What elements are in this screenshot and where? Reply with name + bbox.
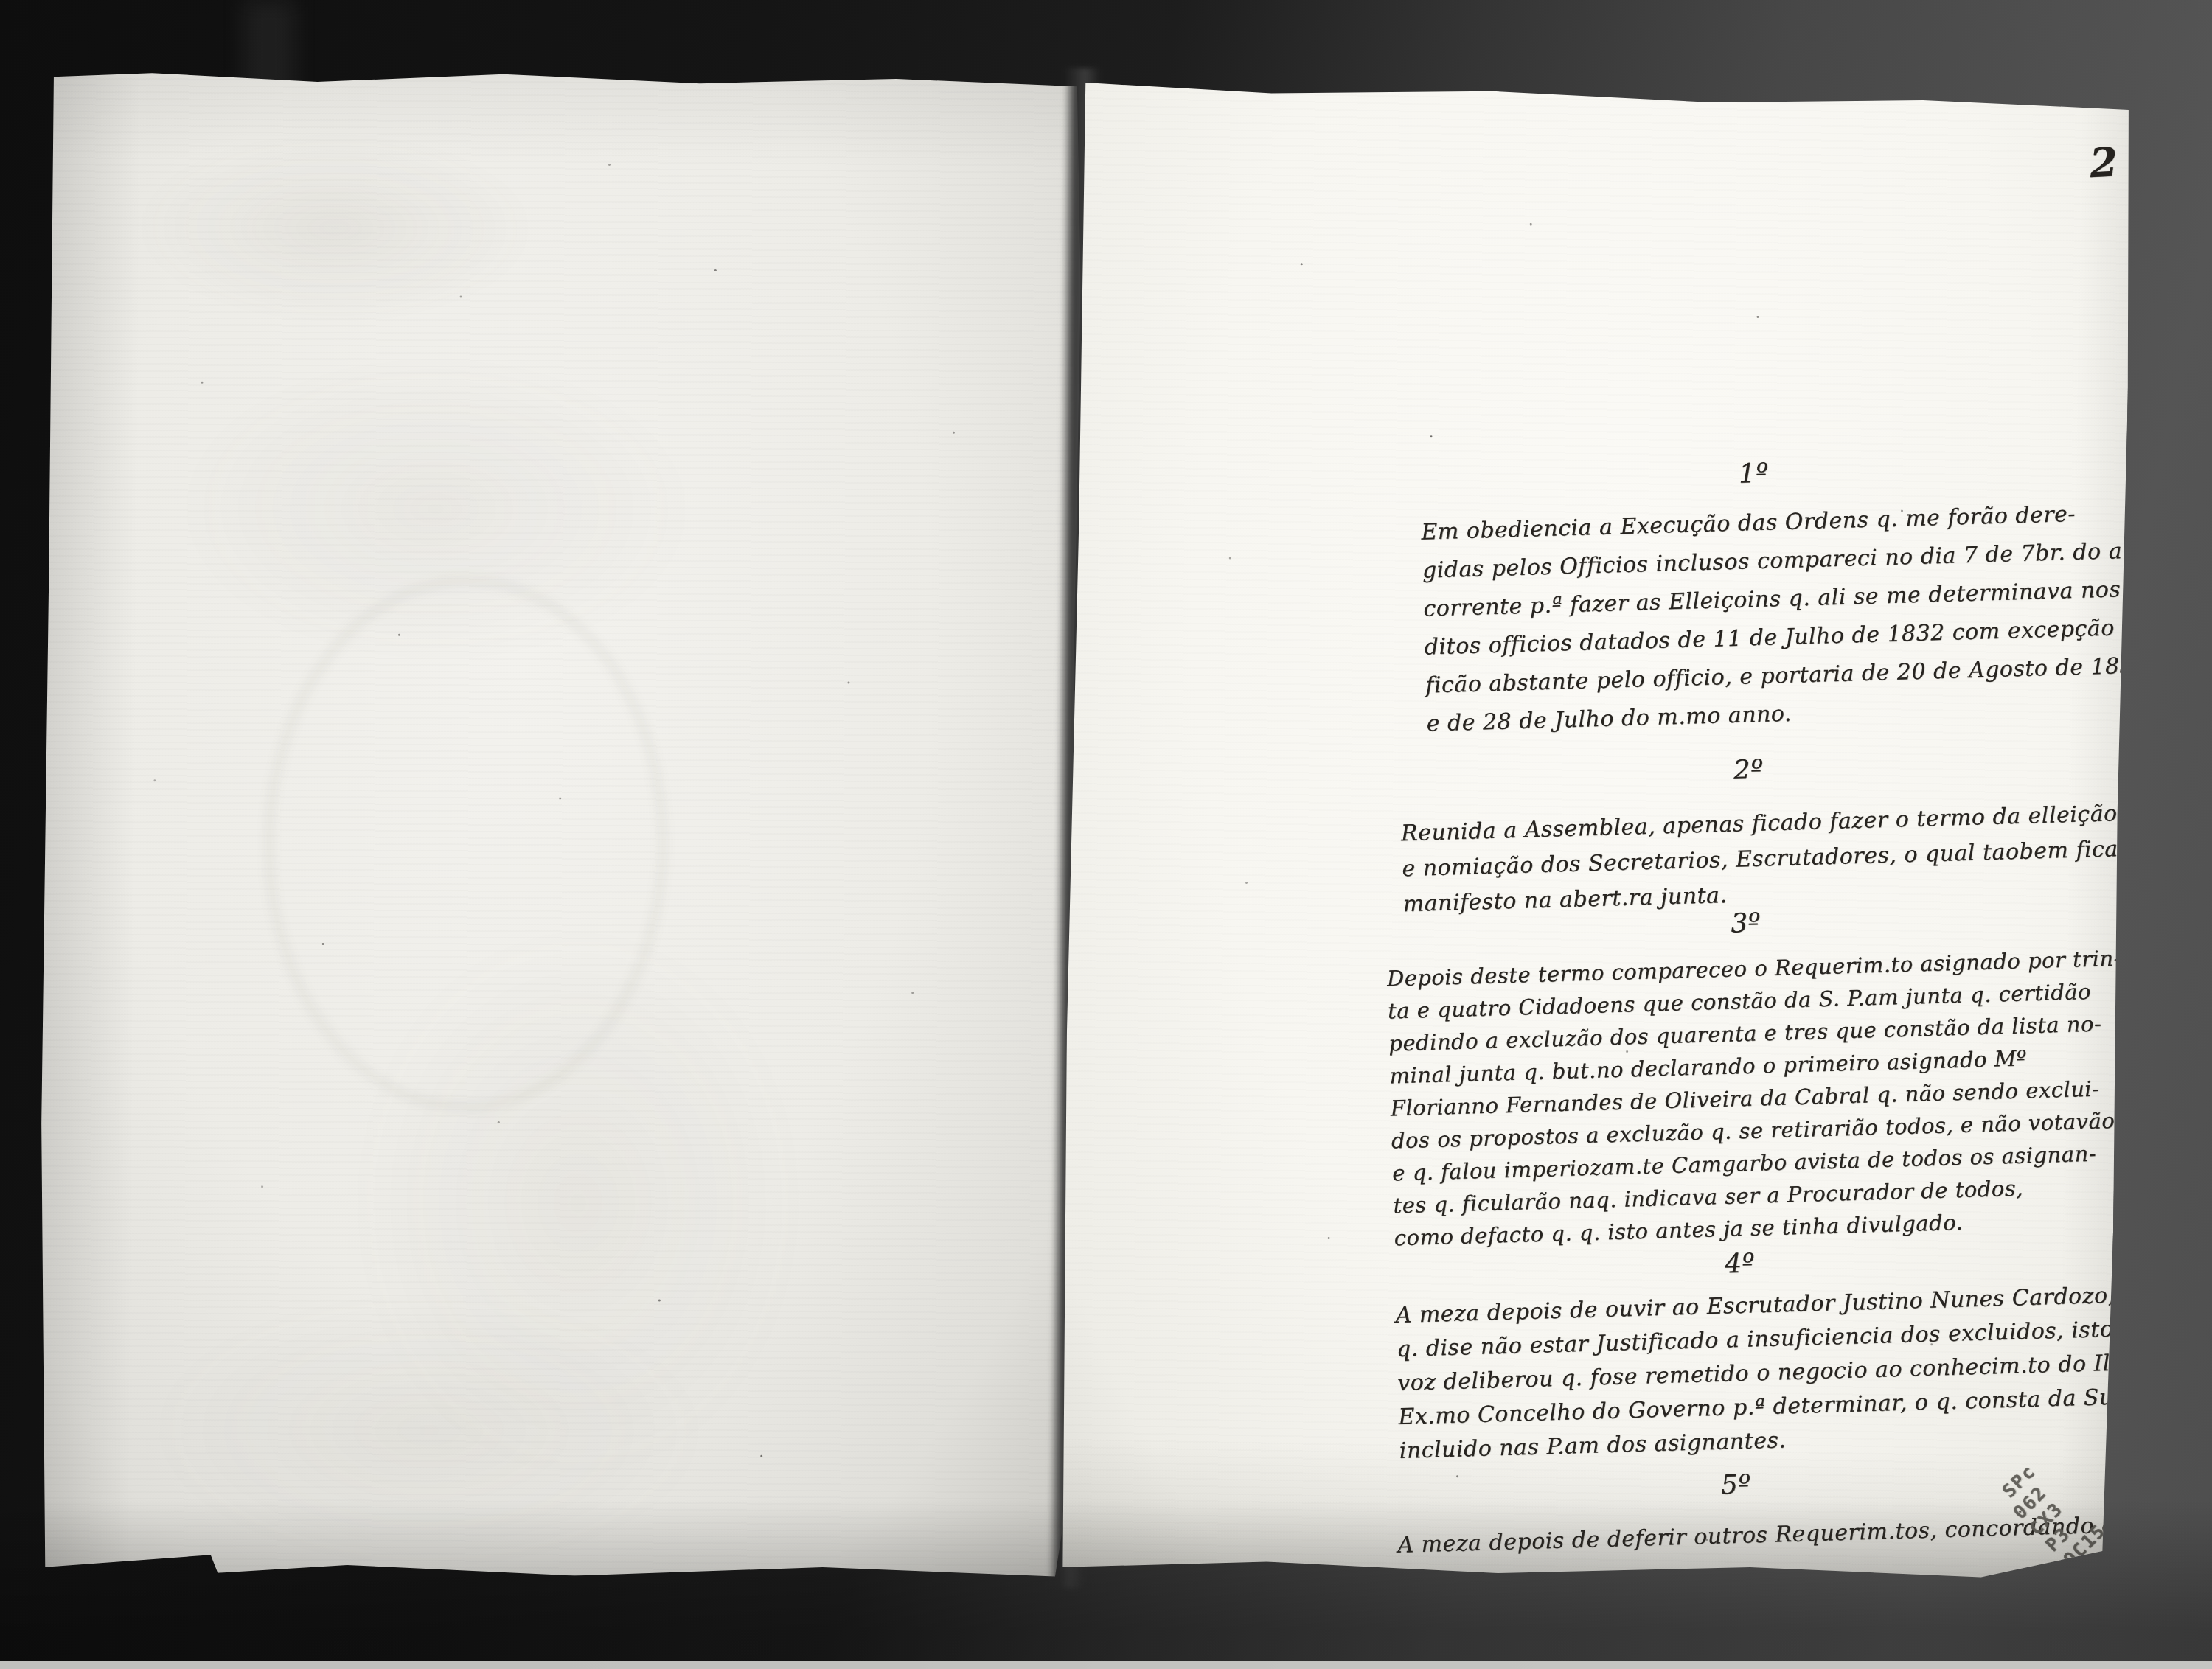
left-page [37, 71, 1082, 1583]
manuscript-line: minal junta q. but.no declarando o prime… [1389, 1039, 2135, 1092]
manuscript-line: e q. falou imperiozam.te Camgarbo avista… [1392, 1136, 2138, 1189]
manuscript-line: incluido nas P.am dos asignantes. [1387, 1414, 2132, 1468]
section-heading-1: 1º [1399, 449, 2108, 499]
bottom-scan-edge [0, 1661, 2212, 1669]
right-page: 2 1º Em obediencia a Execução das Ordens… [1057, 83, 2133, 1589]
stamp-line: SPc [1997, 1413, 2087, 1502]
manuscript-line: corrente p.ª fazer as Elleiçoins q. ali … [1398, 570, 2143, 629]
manuscript-line: Depois deste termo compareceo o Requerim… [1386, 941, 2132, 994]
manuscript-line: dos os propostos a excluzão q. se retira… [1391, 1104, 2136, 1157]
section-4-paragraph: A meza depois de ouvir ao Escrutador Jus… [1383, 1278, 2132, 1468]
page-number: 2 [2089, 138, 2119, 187]
bleedthrough-smudge [135, 130, 535, 325]
manuscript-line: pedindo a excluzão dos quarenta e tres q… [1388, 1006, 2134, 1059]
bleedthrough-smudge [347, 921, 809, 1485]
manuscript-line: voz deliberou q. fose remetido o negocio… [1385, 1346, 2131, 1401]
section-heading-4: 4º [1385, 1239, 2094, 1289]
manuscript-line: ditos officios datados de 11 de Julho de… [1399, 608, 2144, 667]
manuscript-line: ta e quatro Cidadoens que constão da S. … [1387, 974, 2132, 1027]
manuscript-line: e de 28 de Julho do m.mo anno. [1401, 685, 2146, 744]
manuscript-line: ficão abstante pelo officio, e portaria … [1400, 647, 2146, 705]
manuscript-line: Reunida a Assemblea, apenas ficado fazer… [1393, 795, 2138, 851]
section-heading-3: 3º [1391, 899, 2100, 949]
manuscript-line: tes q. ficularão naq. indicava ser a Pro… [1393, 1168, 2138, 1222]
scan-background: 2 1º Em obediencia a Execução das Ordens… [0, 0, 2212, 1669]
section-heading-2: 2º [1394, 745, 2103, 795]
manuscript-line: Ex.mo Concelho do Governo p.ª determinar… [1386, 1380, 2132, 1435]
manuscript-line: Em obediencia a Execução das Ordens q. m… [1396, 493, 2141, 552]
manuscript-line: gidas pelos Officios inclusos compareci … [1397, 532, 2142, 590]
section-3-paragraph: Depois deste termo compareceo o Requerim… [1386, 941, 2139, 1254]
manuscript-line: manifesto na abert.ra junta. [1395, 866, 2140, 922]
manuscript-line: A meza depois de ouvir ao Escrutador Jus… [1383, 1278, 2129, 1333]
paper-specks [49, 71, 51, 73]
manuscript-line: Florianno Fernandes de Oliveira da Cabra… [1390, 1071, 2135, 1124]
section-2-paragraph: Reunida a Assemblea, apenas ficado fazer… [1393, 795, 2140, 922]
scan-shadow [0, 1499, 2212, 1662]
manuscript-line: como defacto q. q. isto antes ja se tinh… [1394, 1201, 2139, 1254]
manuscript-line: q. dise não estar Justificado a insufici… [1384, 1312, 2129, 1367]
bleedthrough-smudge [177, 352, 695, 665]
watermark-smudge [262, 574, 670, 1113]
section-1-paragraph: Em obediencia a Execução das Ordens q. m… [1396, 493, 2146, 744]
manuscript-line: e nomiação dos Secretarios, Escrutadores… [1394, 831, 2140, 887]
